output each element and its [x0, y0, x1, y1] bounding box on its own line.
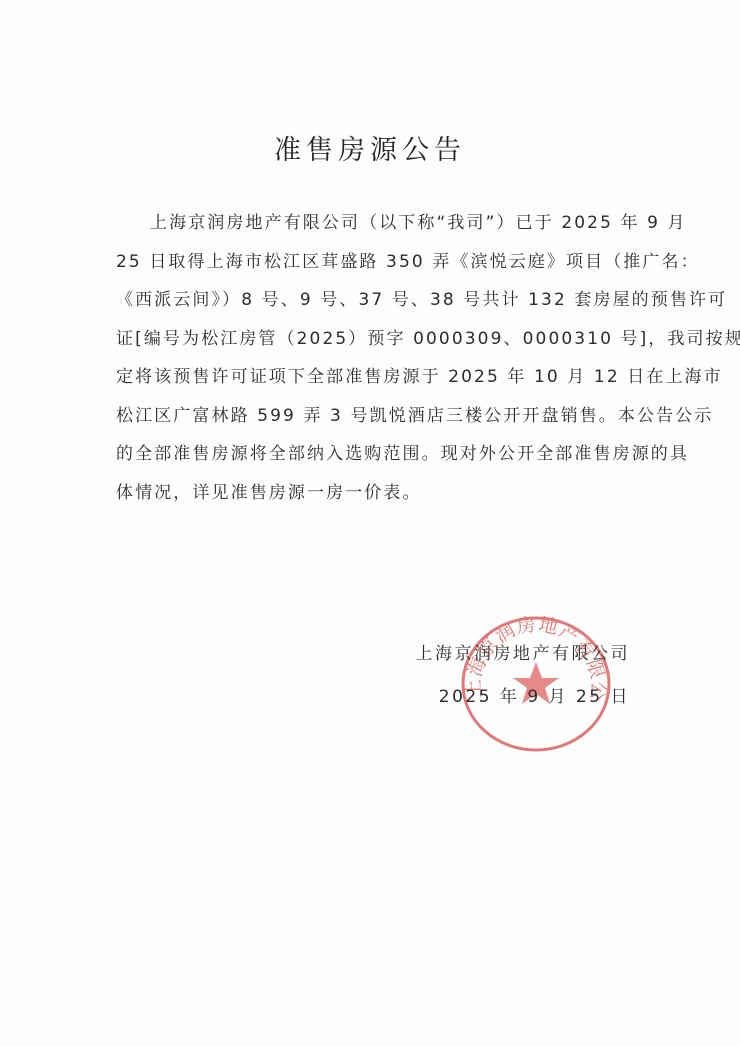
- page-title: 准售房源公告: [0, 128, 740, 167]
- paragraph-line: 体情况，详见准售房源一房一价表。: [116, 474, 636, 513]
- paragraph-line: 25 日取得上海市松江区茸盛路 350 弄《滨悦云庭》项目（推广名：: [116, 243, 636, 282]
- paragraph-line: 证[编号为松江房管（2025）预字 0000309、0000310 号]，我司按…: [116, 320, 636, 359]
- paragraph-line: 《西派云间》）8 号、9 号、37 号、38 号共计 132 套房屋的预售许可: [116, 281, 636, 320]
- signature-date: 2025 年 9 月 25 日: [439, 682, 630, 707]
- announcement-body: 上海京润房地产有限公司（以下称“我司”）已于 2025 年 9 月 25 日取得…: [116, 204, 636, 512]
- paragraph-line: 定将该预售许可证项下全部准售房源于 2025 年 10 月 12 日在上海市: [116, 358, 636, 397]
- paragraph-line: 的全部准售房源将全部纳入选购范围。现对外公开全部准售房源的具: [116, 435, 636, 474]
- signature-company: 上海京润房地产有限公司: [416, 639, 631, 664]
- document-page: 准售房源公告 上海京润房地产有限公司（以下称“我司”）已于 2025 年 9 月…: [0, 0, 740, 1046]
- paragraph-line: 松江区广富林路 599 弄 3 号凯悦酒店三楼公开开盘销售。本公告公示: [116, 397, 636, 436]
- paragraph-line: 上海京润房地产有限公司（以下称“我司”）已于 2025 年 9 月: [116, 204, 636, 243]
